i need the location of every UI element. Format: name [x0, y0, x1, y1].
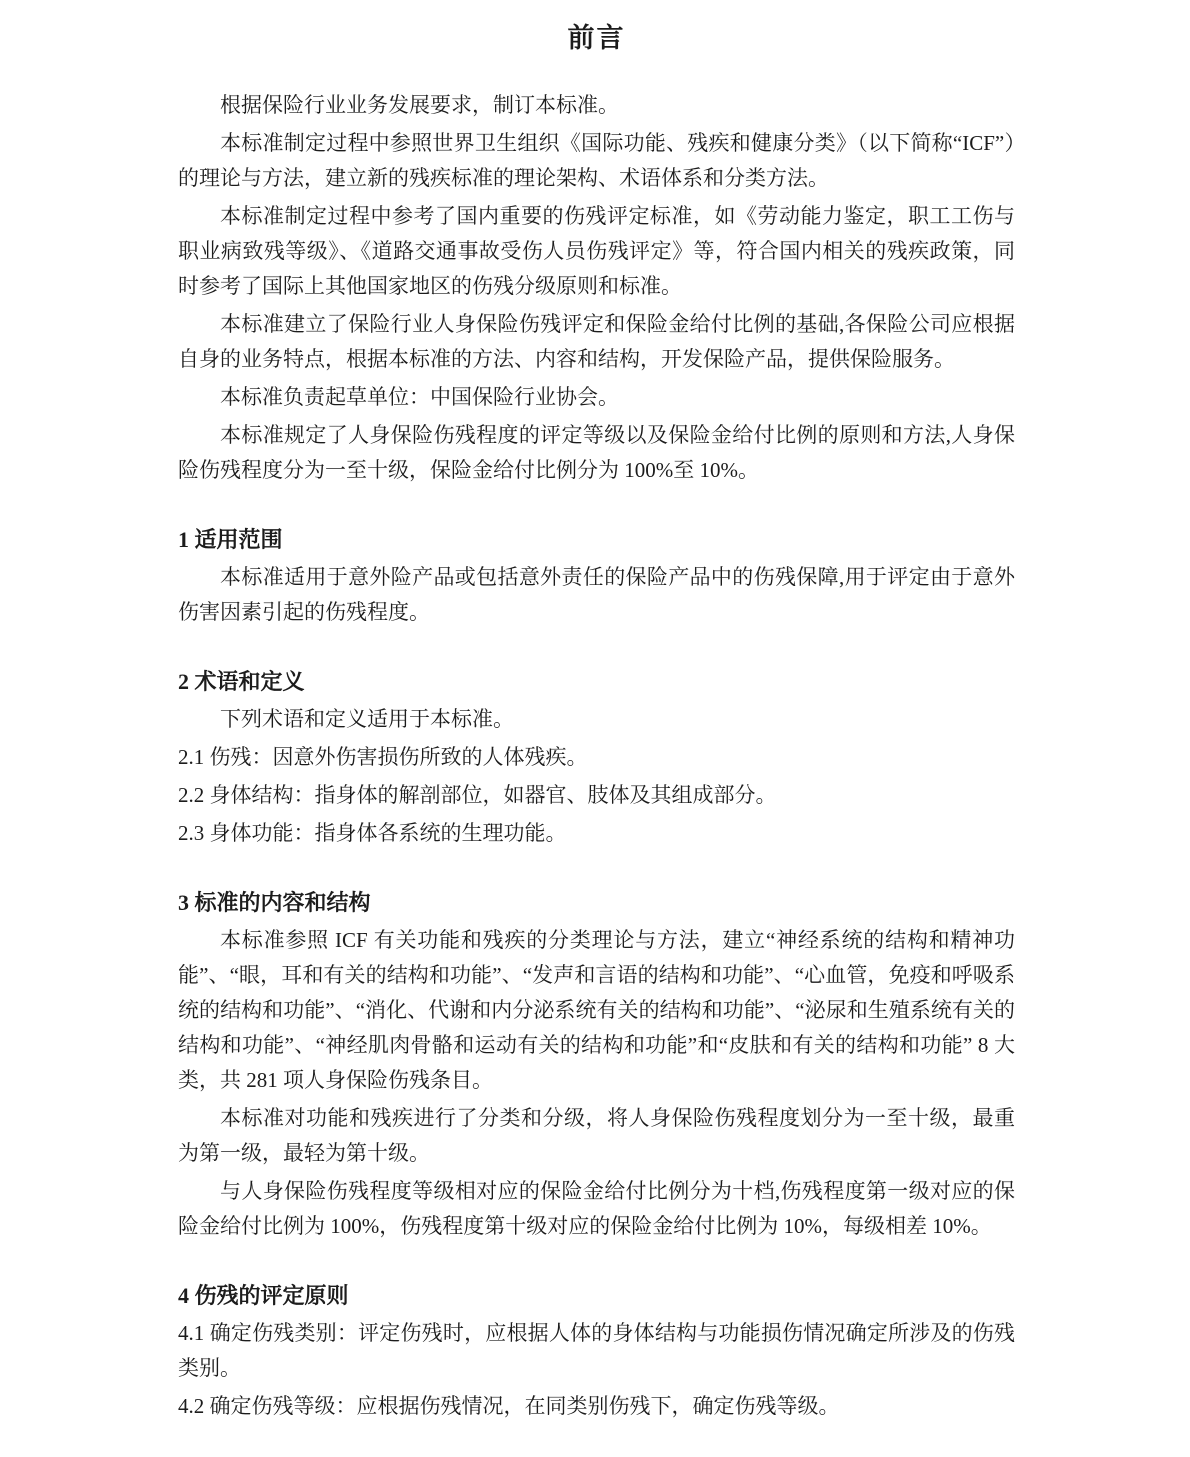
paragraph-scope: 本标准适用于意外险产品或包括意外责任的保险产品中的伤残保障,用于评定由于意外伤害… — [178, 560, 1015, 630]
section-heading-3-structure: 3 标准的内容和结构 — [178, 885, 1015, 920]
paragraph-principle-4-2: 4.2 确定伤残等级：应根据伤残情况，在同类别伤残下，确定伤残等级。 — [178, 1389, 1015, 1424]
paragraph-intro-2: 本标准制定过程中参照世界卫生组织《国际功能、残疾和健康分类》（以下简称“ICF”… — [178, 126, 1015, 196]
document-page: 前言 根据保险行业业务发展要求，制订本标准。 本标准制定过程中参照世界卫生组织《… — [0, 0, 1190, 1457]
section-heading-2-terms: 2 术语和定义 — [178, 664, 1015, 699]
paragraph-structure-2: 本标准对功能和残疾进行了分类和分级，将人身保险伤残程度划分为一至十级，最重为第一… — [178, 1101, 1015, 1171]
section-heading-1-scope: 1 适用范围 — [178, 522, 1015, 557]
document-title: 前言 — [178, 14, 1015, 62]
paragraph-term-2-3: 2.3 身体功能：指身体各系统的生理功能。 — [178, 816, 1015, 851]
paragraph-intro-6: 本标准规定了人身保险伤残程度的评定等级以及保险金给付比例的原则和方法,人身保险伤… — [178, 418, 1015, 488]
paragraph-term-2-1: 2.1 伤残：因意外伤害损伤所致的人体残疾。 — [178, 740, 1015, 775]
paragraph-terms-intro: 下列术语和定义适用于本标准。 — [178, 702, 1015, 737]
paragraph-principle-4-1: 4.1 确定伤残类别：评定伤残时，应根据人体的身体结构与功能损伤情况确定所涉及的… — [178, 1316, 1015, 1386]
paragraph-intro-5: 本标准负责起草单位：中国保险行业协会。 — [178, 380, 1015, 415]
paragraph-structure-1: 本标准参照 ICF 有关功能和残疾的分类理论与方法，建立“神经系统的结构和精神功… — [178, 923, 1015, 1098]
paragraph-intro-3: 本标准制定过程中参考了国内重要的伤残评定标准，如《劳动能力鉴定，职工工伤与职业病… — [178, 199, 1015, 304]
paragraph-intro-4: 本标准建立了保险行业人身保险伤残评定和保险金给付比例的基础,各保险公司应根据自身… — [178, 307, 1015, 377]
paragraph-structure-3: 与人身保险伤残程度等级相对应的保险金给付比例分为十档,伤残程度第一级对应的保险金… — [178, 1174, 1015, 1244]
paragraph-term-2-2: 2.2 身体结构：指身体的解剖部位，如器官、肢体及其组成部分。 — [178, 778, 1015, 813]
section-heading-4-principles: 4 伤残的评定原则 — [178, 1278, 1015, 1313]
paragraph-intro-1: 根据保险行业业务发展要求，制订本标准。 — [178, 88, 1015, 123]
